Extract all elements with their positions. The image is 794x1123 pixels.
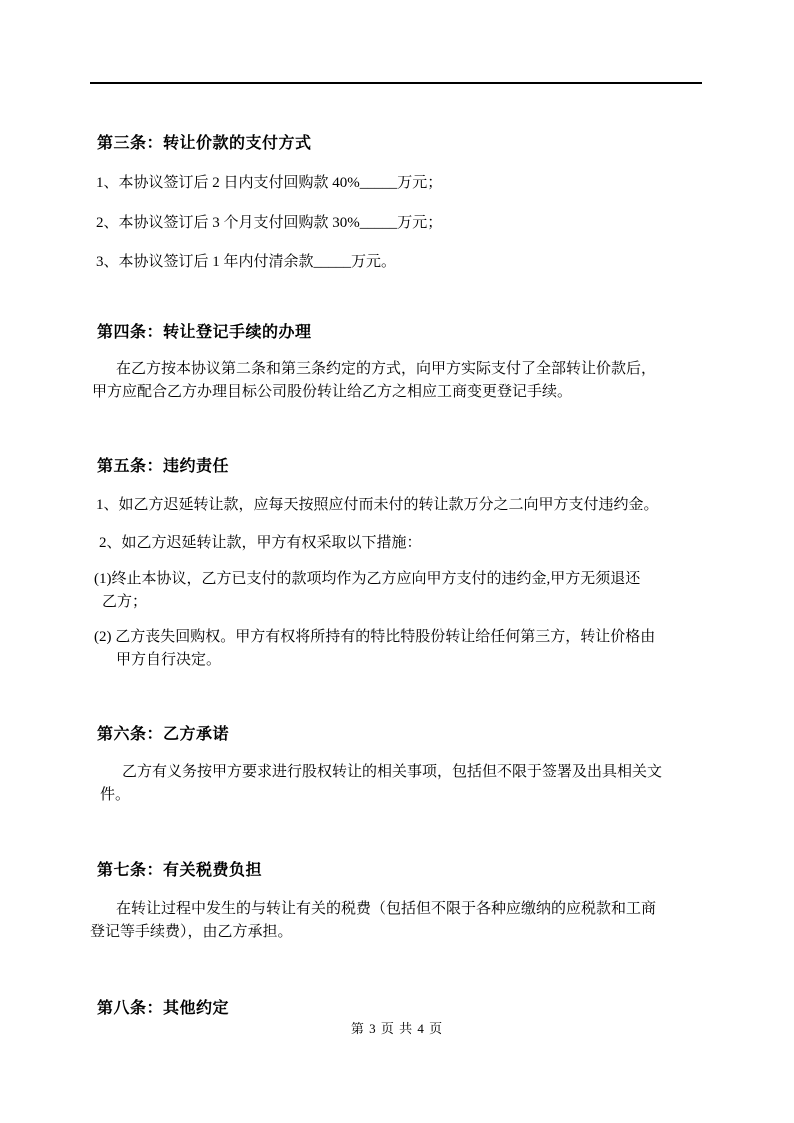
clause-line: 2、如乙方迟延转让款，甲方有权采取以下措施： bbox=[90, 532, 750, 555]
clause-line: (2) 乙方丧失回购权。甲方有权将所持有的特比特股份转让给任何第三方，转让价格由 bbox=[90, 626, 750, 649]
clause-line: 1、如乙方迟延转让款，应每天按照应付而未付的转让款万分之二向甲方支付违约金。 bbox=[90, 494, 750, 517]
heading-article-6: 第六条：乙方承诺 bbox=[90, 724, 730, 746]
clause-5-item-1: 1、如乙方迟延转让款，应每天按照应付而未付的转让款万分之二向甲方支付违约金。 bbox=[90, 494, 750, 517]
clause-line: 甲方应配合乙方办理目标公司股份转让给乙方之相应工商变更登记手续。 bbox=[90, 381, 750, 404]
clause-line: (1)终止本协议，乙方已支付的款项均作为乙方应向甲方支付的违约金,甲方无须退还 bbox=[90, 568, 750, 591]
clause-5-subitem-2: (2) 乙方丧失回购权。甲方有权将所持有的特比特股份转让给任何第三方，转让价格由… bbox=[90, 626, 750, 672]
clause-5-subitem-1: (1)终止本协议，乙方已支付的款项均作为乙方应向甲方支付的违约金,甲方无须退还 … bbox=[90, 568, 750, 614]
clause-3-item-1: 1、本协议签订后 2 日内支付回购款 40%_____万元； bbox=[90, 172, 750, 195]
clause-line: 件。 bbox=[90, 784, 750, 807]
heading-article-3: 第三条：转让价款的支付方式 bbox=[90, 133, 730, 155]
clause-6-paragraph: 乙方有义务按甲方要求进行股权转让的相关事项，包括但不限于签署及出具相关文 件。 bbox=[90, 761, 750, 807]
page-footer: 第 3 页 共 4 页 bbox=[0, 1020, 794, 1038]
clause-line: 在乙方按本协议第二条和第三条约定的方式，向甲方实际支付了全部转让价款后， bbox=[90, 358, 750, 381]
clause-line: 乙方； bbox=[90, 591, 750, 614]
clause-3-item-3: 3、本协议签订后 1 年内付清余款_____万元。 bbox=[90, 251, 750, 274]
clause-line: 在转让过程中发生的与转让有关的税费（包括但不限于各种应缴纳的应税款和工商 bbox=[90, 898, 750, 921]
header-rule bbox=[90, 82, 702, 84]
clause-3-item-2: 2、本协议签订后 3 个月支付回购款 30%_____万元； bbox=[90, 212, 750, 235]
document-page: 第三条：转让价款的支付方式 1、本协议签订后 2 日内支付回购款 40%____… bbox=[0, 0, 794, 1123]
clause-line: 1、本协议签订后 2 日内支付回购款 40%_____万元； bbox=[90, 172, 750, 195]
clause-line: 3、本协议签订后 1 年内付清余款_____万元。 bbox=[90, 251, 750, 274]
clause-line: 登记等手续费），由乙方承担。 bbox=[90, 921, 750, 944]
clause-7-paragraph: 在转让过程中发生的与转让有关的税费（包括但不限于各种应缴纳的应税款和工商 登记等… bbox=[90, 898, 750, 944]
heading-article-5: 第五条：违约责任 bbox=[90, 456, 730, 478]
heading-article-7: 第七条：有关税费负担 bbox=[90, 860, 730, 882]
clause-4-paragraph: 在乙方按本协议第二条和第三条约定的方式，向甲方实际支付了全部转让价款后， 甲方应… bbox=[90, 358, 750, 404]
clause-line: 乙方有义务按甲方要求进行股权转让的相关事项，包括但不限于签署及出具相关文 bbox=[90, 761, 750, 784]
heading-article-8: 第八条：其他约定 bbox=[90, 998, 730, 1020]
clause-line: 2、本协议签订后 3 个月支付回购款 30%_____万元； bbox=[90, 212, 750, 235]
heading-article-4: 第四条：转让登记手续的办理 bbox=[90, 322, 730, 344]
clause-line: 甲方自行决定。 bbox=[90, 649, 750, 672]
clause-5-item-2: 2、如乙方迟延转让款，甲方有权采取以下措施： bbox=[90, 532, 750, 555]
